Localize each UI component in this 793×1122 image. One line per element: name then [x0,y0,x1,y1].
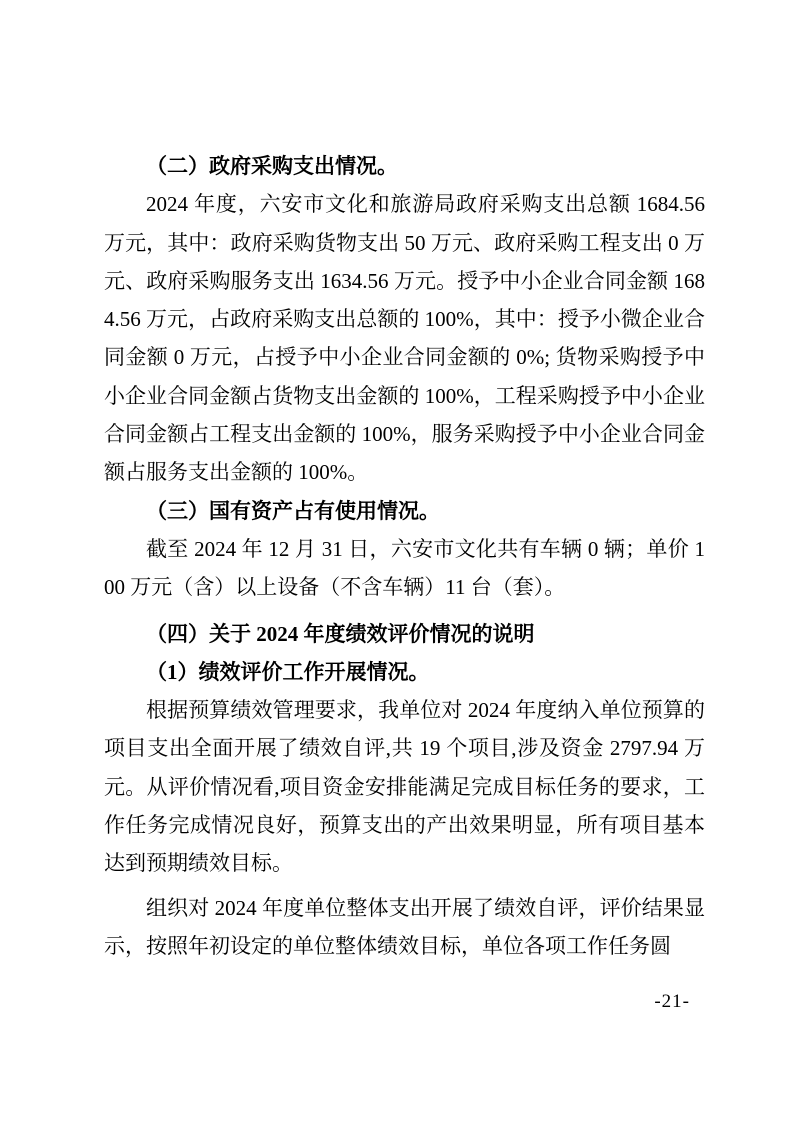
paragraph-gov-procurement-details: 2024 年度，六安市文化和旅游局政府采购支出总额 1684.56 万元，其中：… [104,185,705,491]
document-page: （二）政府采购支出情况。 2024 年度，六安市文化和旅游局政府采购支出总额 1… [0,0,793,1122]
heading-performance-evaluation-work: （1）绩效评价工作开展情况。 [104,653,705,691]
heading-state-owned-assets: （三）国有资产占有使用情况。 [104,492,705,530]
paragraph-project-self-evaluation: 根据预算绩效管理要求，我单位对 2024 年度纳入单位预算的项目支出全面开展了绩… [104,691,705,882]
page-number: -21- [654,991,690,1013]
heading-performance-evaluation-2024: （四）关于 2024 年度绩效评价情况的说明 [104,615,705,653]
paragraph-state-owned-assets-details: 截至 2024 年 12 月 31 日，六安市文化共有车辆 0 辆；单价 100… [104,530,705,607]
paragraph-overall-self-evaluation: 组织对 2024 年度单位整体支出开展了绩效自评，评价结果显示，按照年初设定的单… [104,889,705,966]
document-body: （二）政府采购支出情况。 2024 年度，六安市文化和旅游局政府采购支出总额 1… [104,147,705,965]
heading-gov-procurement-expenditure: （二）政府采购支出情况。 [104,147,705,185]
